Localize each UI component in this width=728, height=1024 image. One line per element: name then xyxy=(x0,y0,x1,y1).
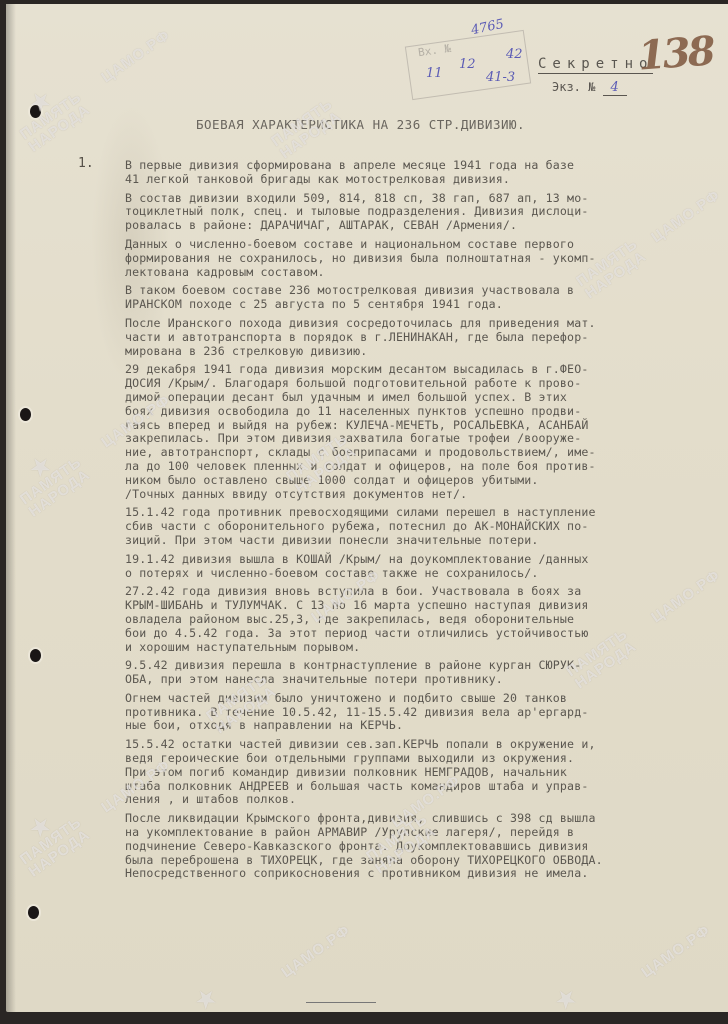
memory-watermark: ★ xyxy=(192,985,220,1012)
punch-hole xyxy=(28,906,39,919)
bottom-rule xyxy=(306,1002,376,1003)
archive-watermark: ЦАМО.РФ xyxy=(279,922,353,980)
punch-hole xyxy=(20,408,31,421)
paragraph: 27.2.42 года дивизия вновь вступила в бо… xyxy=(125,585,725,654)
memory-watermark: ★ xyxy=(552,985,580,1012)
memory-watermark: ★ПАМЯТЬНАРОДА xyxy=(6,798,93,880)
page-edge-shadow xyxy=(6,4,16,1012)
pencil-signature: 138 xyxy=(636,27,714,79)
paragraph: 9.5.42 дивизия перешла в контрнаступлени… xyxy=(125,659,725,687)
section-number: 1. xyxy=(78,156,94,171)
memory-watermark: ★ПАМЯТЬНАРОДА xyxy=(6,73,93,155)
paragraph: В таком боевом составе 236 мотострелкова… xyxy=(125,284,725,312)
document-body: В первые дивизия сформирована в апреле м… xyxy=(125,159,725,886)
paragraph: В первые дивизия сформирована в апреле м… xyxy=(125,159,725,187)
paragraph: 19.1.42 дивизия вышла в КОШАЙ /Крым/ на … xyxy=(125,553,725,581)
memory-watermark: ★ПАМЯТЬНАРОДА xyxy=(6,438,93,520)
classification-label: Секретно xyxy=(538,56,653,74)
paragraph: 15.5.42 остатки частей дивизии сев.зап.К… xyxy=(125,738,725,807)
paragraph: Огнем частей дивизии было уничтожено и п… xyxy=(125,692,725,733)
star-icon: ★ xyxy=(552,985,580,1012)
paragraph: В состав дивизии входили 509, 814, 818 с… xyxy=(125,192,725,233)
star-icon: ★ xyxy=(6,73,76,130)
handwritten-number: 12 xyxy=(459,57,476,72)
punch-hole xyxy=(30,649,41,662)
star-icon: ★ xyxy=(192,985,220,1012)
copy-number: 4 xyxy=(603,80,627,96)
paragraph: 29 декабря 1941 года дивизия морским дес… xyxy=(125,363,725,501)
paragraph: Данных о численно-боевом составе и нацио… xyxy=(125,238,725,279)
paragraph: После Иранского похода дивизия сосредото… xyxy=(125,317,725,358)
star-icon: ★ xyxy=(6,798,76,855)
archive-watermark: ЦАМО.РФ xyxy=(639,922,713,980)
punch-hole xyxy=(30,105,41,118)
handwritten-number: 11 xyxy=(426,66,443,81)
paragraph: После ликвидации Крымского фронта,дивизи… xyxy=(125,812,725,881)
star-icon: ★ xyxy=(6,438,76,495)
document-page: Вх. № 4765 11 12 42 41-3 Секретно Экз. №… xyxy=(6,4,728,1012)
handwritten-number: 41-3 xyxy=(486,70,515,85)
document-title: БОЕВАЯ ХАРАКТЕРИСТИКА НА 236 СТР.ДИВИЗИЮ… xyxy=(196,117,525,132)
handwritten-number: 42 xyxy=(506,47,523,62)
copy-number-line: Экз. № 4 xyxy=(552,80,627,96)
archive-watermark: ЦАМО.РФ xyxy=(99,27,173,85)
copy-label: Экз. № xyxy=(552,80,595,94)
paragraph: 15.1.42 года противник превосходящими си… xyxy=(125,506,725,547)
